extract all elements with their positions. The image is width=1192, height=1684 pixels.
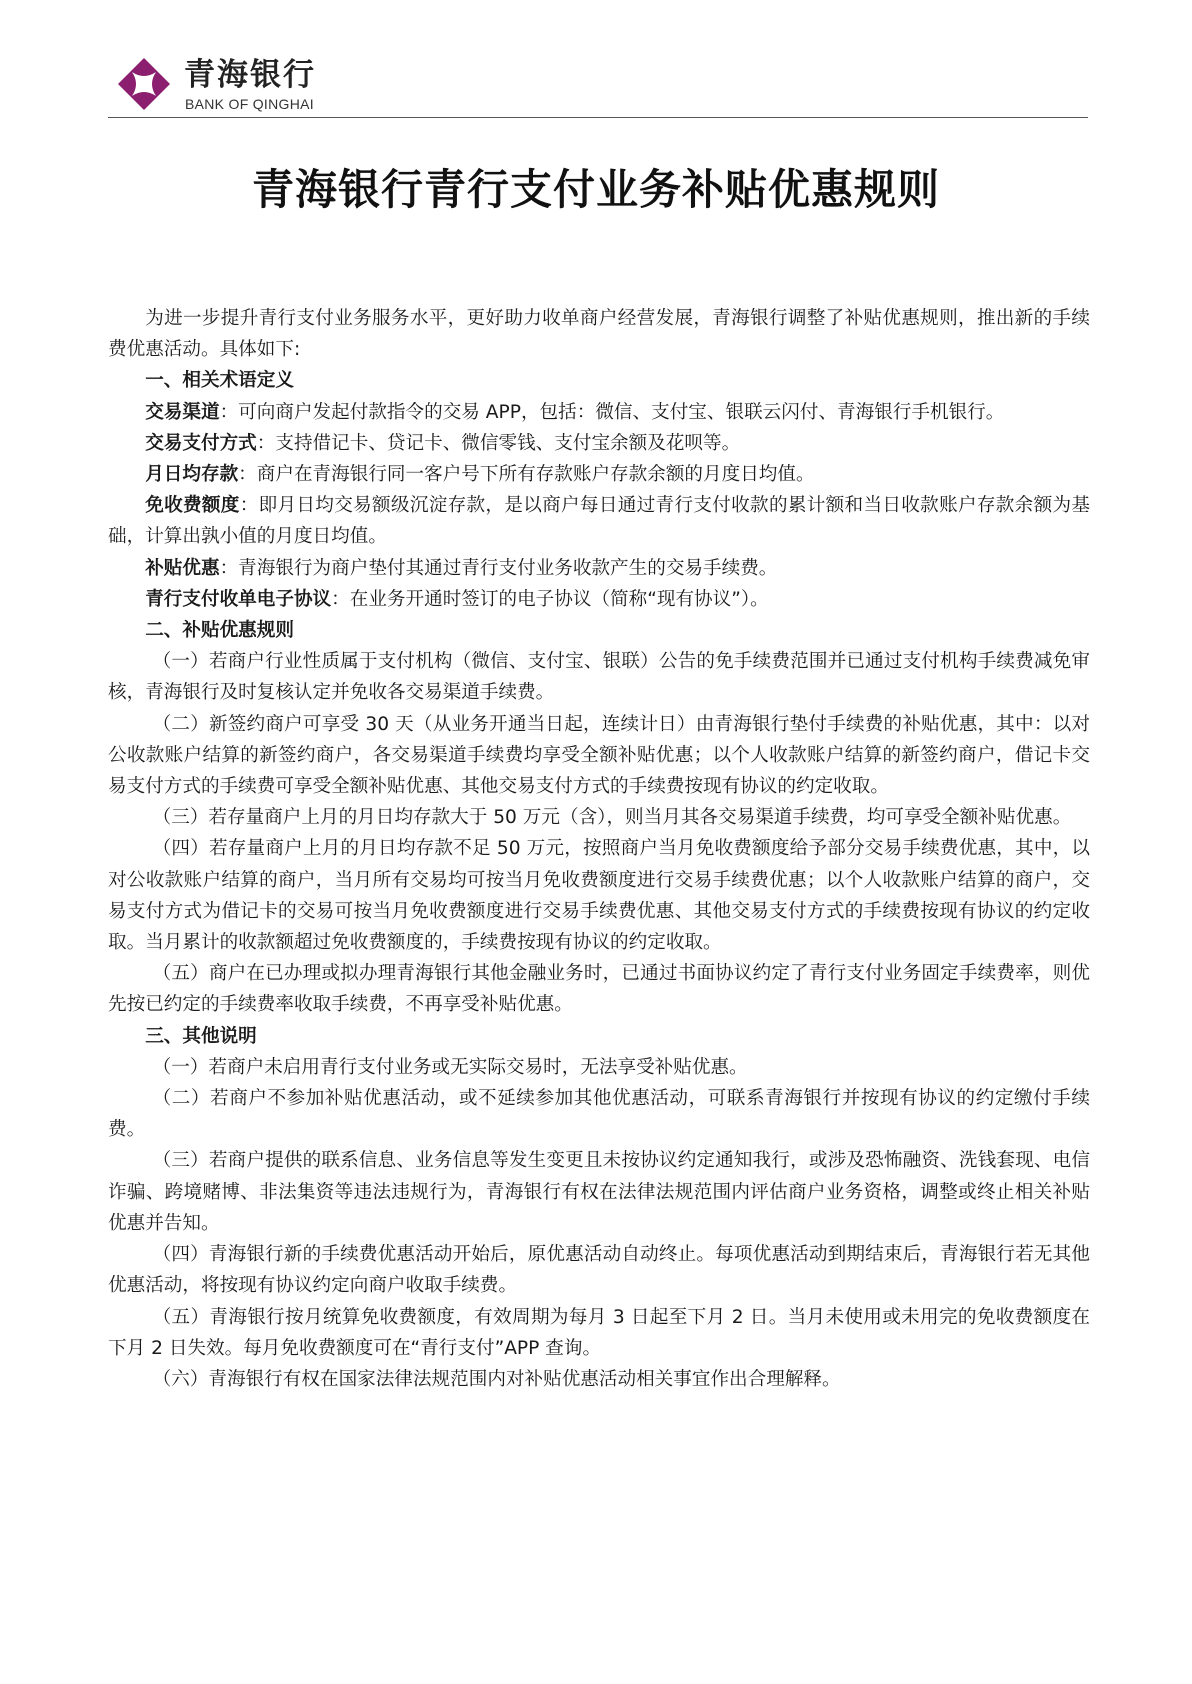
rule-item: （一）若商户行业性质属于支付机构（微信、支付宝、银联）公告的免手续费范围并已通过… xyxy=(108,646,1090,708)
definition-text: ：即月日均交易额级沉淀存款，是以商户每日通过青行支付收款的累计额和当日收款账户存… xyxy=(108,495,1090,547)
header-divider xyxy=(108,117,1088,118)
note-item: （四）青海银行新的手续费优惠活动开始后，原优惠活动自动终止。每项优惠活动到期结束… xyxy=(108,1239,1090,1301)
rule-item: （二）新签约商户可享受 30 天（从业务开通当日起，连续计日）由青海银行垫付手续… xyxy=(108,709,1090,803)
note-item: （二）若商户不参加补贴优惠活动，或不延续参加其他优惠活动，可联系青海银行并按现有… xyxy=(108,1083,1090,1145)
definition-item: 交易渠道：可向商户发起付款指令的交易 APP，包括：微信、支付宝、银联云闪付、青… xyxy=(108,397,1090,428)
definition-term: 免收费额度 xyxy=(145,495,240,516)
definition-item: 补贴优惠：青海银行为商户垫付其通过青行支付业务收款产生的交易手续费。 xyxy=(108,553,1090,584)
definition-term: 交易渠道 xyxy=(145,402,219,423)
definition-text: ：在业务开通时签订的电子协议（简称“现有协议”）。 xyxy=(331,589,769,610)
note-item: （三）若商户提供的联系信息、业务信息等发生变更且未按协议约定通知我行，或涉及恐怖… xyxy=(108,1145,1090,1239)
logo-english-name: BANK OF QINGHAI xyxy=(185,96,314,112)
definition-term: 月日均存款 xyxy=(145,464,238,485)
logo-chinese-name: 青海银行 xyxy=(184,58,316,92)
intro-paragraph: 为进一步提升青行支付业务服务水平，更好助力收单商户经营发展，青海银行调整了补贴优… xyxy=(108,303,1090,365)
definition-term: 青行支付收单电子协议 xyxy=(145,589,331,610)
section-heading-notes: 三、其他说明 xyxy=(108,1021,1090,1052)
document-body: 为进一步提升青行支付业务服务水平，更好助力收单商户经营发展，青海银行调整了补贴优… xyxy=(108,303,1090,1395)
note-item: （一）若商户未启用青行支付业务或无实际交易时，无法享受补贴优惠。 xyxy=(108,1052,1090,1083)
definition-item: 青行支付收单电子协议：在业务开通时签订的电子协议（简称“现有协议”）。 xyxy=(108,584,1090,615)
definition-text: ：可向商户发起付款指令的交易 APP，包括：微信、支付宝、银联云闪付、青海银行手… xyxy=(220,402,1005,423)
section-heading-rules: 二、补贴优惠规则 xyxy=(108,615,1090,646)
rule-item: （五）商户在已办理或拟办理青海银行其他金融业务时，已通过书面协议约定了青行支付业… xyxy=(108,958,1090,1020)
document-title: 青海银行青行支付业务补贴优惠规则 xyxy=(0,162,1192,218)
section-heading-definitions: 一、相关术语定义 xyxy=(108,365,1090,396)
definition-text: ：商户在青海银行同一客户号下所有存款账户存款余额的月度日均值。 xyxy=(238,464,814,485)
definition-item: 免收费额度：即月日均交易额级沉淀存款，是以商户每日通过青行支付收款的累计额和当日… xyxy=(108,490,1090,552)
definition-term: 交易支付方式 xyxy=(145,433,257,454)
letterhead: 青海银行 BANK OF QINGHAI xyxy=(108,52,1088,118)
definition-text: ：支持借记卡、贷记卡、微信零钱、支付宝余额及花呗等。 xyxy=(257,433,740,454)
definition-term: 补贴优惠 xyxy=(145,558,219,579)
definition-text: ：青海银行为商户垫付其通过青行支付业务收款产生的交易手续费。 xyxy=(220,558,778,579)
note-item: （五）青海银行按月统算免收费额度，有效周期为每月 3 日起至下月 2 日。当月未… xyxy=(108,1302,1090,1364)
rule-item: （三）若存量商户上月的月日均存款大于 50 万元（含），则当月其各交易渠道手续费… xyxy=(108,802,1090,833)
note-item: （六）青海银行有权在国家法律法规范围内对补贴优惠活动相关事宜作出合理解释。 xyxy=(108,1364,1090,1395)
bank-logo-icon xyxy=(118,58,170,110)
rule-item: （四）若存量商户上月的月日均存款不足 50 万元，按照商户当月免收费额度给予部分… xyxy=(108,833,1090,958)
definition-item: 月日均存款：商户在青海银行同一客户号下所有存款账户存款余额的月度日均值。 xyxy=(108,459,1090,490)
definition-item: 交易支付方式：支持借记卡、贷记卡、微信零钱、支付宝余额及花呗等。 xyxy=(108,428,1090,459)
